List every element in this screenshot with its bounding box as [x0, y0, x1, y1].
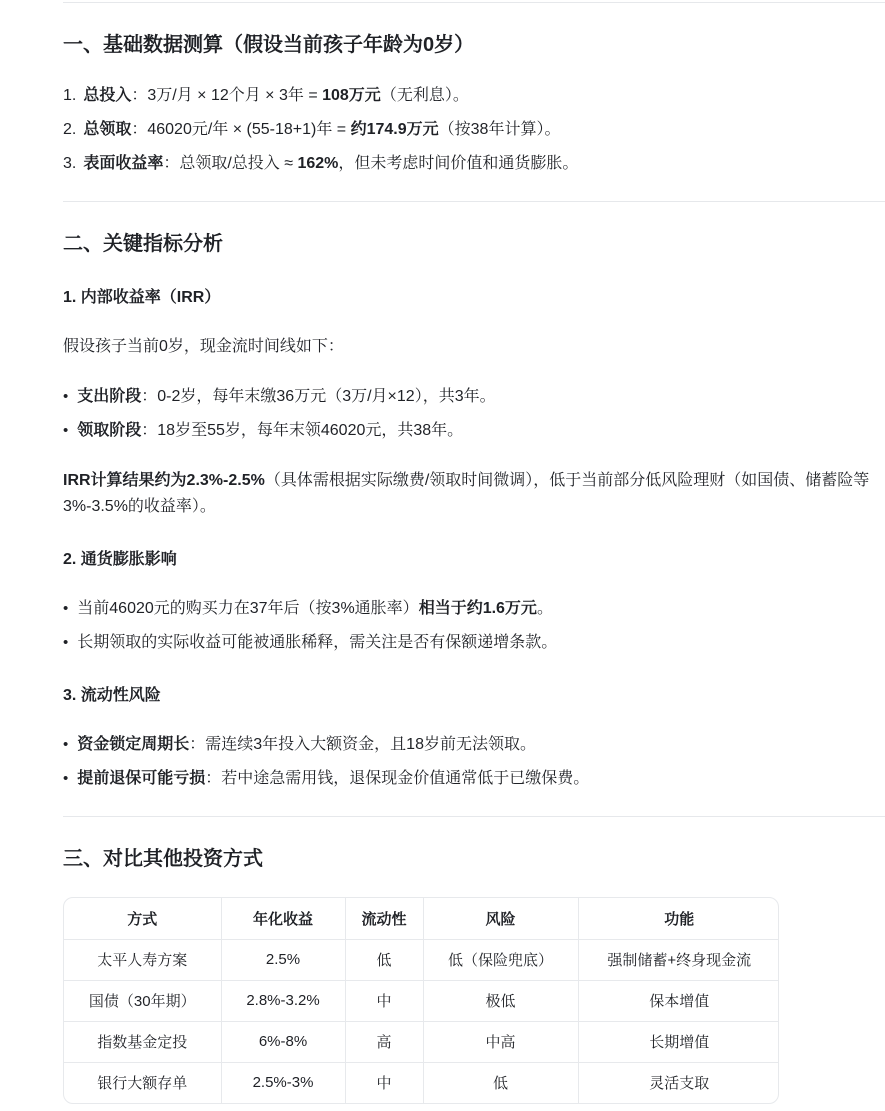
list-item-text: 长期领取的实际收益可能被通胀稀释，需关注是否有保额递增条款。 [77, 630, 557, 656]
list-item-text: 表面收益率：总领取/总投入 ≈ 162%，但未考虑时间价值和通货膨胀。 [83, 151, 578, 177]
section-2-heading: 二、关键指标分析 [63, 230, 876, 258]
comparison-table: 方式年化收益流动性风险功能 太平人寿方案2.5%低低（保险兜底）强制储蓄+终身现… [64, 898, 779, 1103]
table-cell: 中 [345, 1062, 423, 1103]
bullet-marker: • [63, 766, 68, 792]
subsection-irr-heading: 1. 内部收益率（IRR） [63, 286, 876, 310]
table-cell: 强制储蓄+终身现金流 [578, 939, 779, 980]
inflation-bullet-list: • 当前46020元的购买力在37年后（按3%通胀率）相当于约1.6万元。 • … [63, 596, 876, 656]
list-item-text: 资金锁定周期长：需连续3年投入大额资金，且18岁前无法领取。 [77, 732, 536, 758]
list-item: 2. 总领取：46020元/年 × (55-18+1)年 = 约174.9万元（… [63, 117, 876, 143]
irr-conclusion-paragraph: IRR计算结果约为2.3%-2.5%（具体需根据实际缴费/领取时间微调），低于当… [63, 468, 876, 520]
bullet-marker: • [63, 596, 68, 622]
table-cell: 中 [345, 980, 423, 1021]
table-cell: 2.5%-3% [221, 1062, 345, 1103]
list-item: 1. 总投入：3万/月 × 12个月 × 3年 = 108万元（无利息）。 [63, 83, 876, 109]
comparison-table-container: 方式年化收益流动性风险功能 太平人寿方案2.5%低低（保险兜底）强制储蓄+终身现… [63, 897, 779, 1104]
table-cell: 银行大额存单 [64, 1062, 221, 1103]
table-header-cell: 方式 [64, 898, 221, 939]
list-item-number: 3. [63, 151, 76, 177]
table-header-cell: 年化收益 [221, 898, 345, 939]
list-item: • 支出阶段：0-2岁，每年末缴36万元（3万/月×12），共3年。 [63, 384, 876, 410]
bullet-marker: • [63, 732, 68, 758]
table-cell: 极低 [423, 980, 578, 1021]
list-item: • 资金锁定周期长：需连续3年投入大额资金，且18岁前无法领取。 [63, 732, 876, 758]
bullet-marker: • [63, 630, 68, 656]
table-header-cell: 功能 [578, 898, 779, 939]
analysis-document: 一、基础数据测算（假设当前孩子年龄为0岁） 1. 总投入：3万/月 × 12个月… [0, 2, 885, 1104]
table-cell: 低（保险兜底） [423, 939, 578, 980]
table-row: 太平人寿方案2.5%低低（保险兜底）强制储蓄+终身现金流 [64, 939, 779, 980]
bullet-marker: • [63, 384, 68, 410]
table-row: 银行大额存单2.5%-3%中低灵活支取 [64, 1062, 779, 1103]
list-item-number: 1. [63, 83, 76, 109]
table-header-row: 方式年化收益流动性风险功能 [64, 898, 779, 939]
table-cell: 长期增值 [578, 1021, 779, 1062]
liquidity-bullet-list: • 资金锁定周期长：需连续3年投入大额资金，且18岁前无法领取。 • 提前退保可… [63, 732, 876, 792]
list-item-text: 总领取：46020元/年 × (55-18+1)年 = 约174.9万元（按38… [83, 117, 560, 143]
table-row: 指数基金定投6%-8%高中高长期增值 [64, 1021, 779, 1062]
table-cell: 保本增值 [578, 980, 779, 1021]
list-item-text: 当前46020元的购买力在37年后（按3%通胀率）相当于约1.6万元。 [77, 596, 553, 622]
table-cell: 6%-8% [221, 1021, 345, 1062]
table-cell: 低 [423, 1062, 578, 1103]
table-cell: 2.8%-3.2% [221, 980, 345, 1021]
section-divider [63, 201, 885, 202]
list-item: • 提前退保可能亏损：若中途急需用钱，退保现金价值通常低于已缴保费。 [63, 766, 876, 792]
table-cell: 低 [345, 939, 423, 980]
list-item-text: 领取阶段：18岁至55岁，每年末领46020元，共38年。 [77, 418, 463, 444]
list-item-text: 支出阶段：0-2岁，每年末缴36万元（3万/月×12），共3年。 [77, 384, 495, 410]
list-item: • 长期领取的实际收益可能被通胀稀释，需关注是否有保额递增条款。 [63, 630, 876, 656]
table-header-cell: 流动性 [345, 898, 423, 939]
bullet-marker: • [63, 418, 68, 444]
section-divider [63, 2, 885, 3]
section-1-ordered-list: 1. 总投入：3万/月 × 12个月 × 3年 = 108万元（无利息）。 2.… [63, 83, 876, 177]
list-item: • 当前46020元的购买力在37年后（按3%通胀率）相当于约1.6万元。 [63, 596, 876, 622]
list-item: 3. 表面收益率：总领取/总投入 ≈ 162%，但未考虑时间价值和通货膨胀。 [63, 151, 876, 177]
section-1-heading: 一、基础数据测算（假设当前孩子年龄为0岁） [63, 31, 876, 59]
comparison-table-body: 太平人寿方案2.5%低低（保险兜底）强制储蓄+终身现金流国债（30年期）2.8%… [64, 939, 779, 1103]
list-item-text: 总投入：3万/月 × 12个月 × 3年 = 108万元（无利息）。 [83, 83, 468, 109]
table-cell: 2.5% [221, 939, 345, 980]
list-item-text: 提前退保可能亏损：若中途急需用钱，退保现金价值通常低于已缴保费。 [77, 766, 589, 792]
section-divider [63, 816, 885, 817]
table-cell: 中高 [423, 1021, 578, 1062]
table-cell: 高 [345, 1021, 423, 1062]
table-cell: 国债（30年期） [64, 980, 221, 1021]
section-3-heading: 三、对比其他投资方式 [63, 845, 876, 873]
irr-bullet-list: • 支出阶段：0-2岁，每年末缴36万元（3万/月×12），共3年。 • 领取阶… [63, 384, 876, 444]
irr-intro-paragraph: 假设孩子当前0岁，现金流时间线如下： [63, 334, 876, 360]
list-item-number: 2. [63, 117, 76, 143]
list-item: • 领取阶段：18岁至55岁，每年末领46020元，共38年。 [63, 418, 876, 444]
table-cell: 太平人寿方案 [64, 939, 221, 980]
table-header-cell: 风险 [423, 898, 578, 939]
comparison-table-head: 方式年化收益流动性风险功能 [64, 898, 779, 939]
subsection-liquidity-heading: 3. 流动性风险 [63, 684, 876, 708]
table-row: 国债（30年期）2.8%-3.2%中极低保本增值 [64, 980, 779, 1021]
subsection-inflation-heading: 2. 通货膨胀影响 [63, 548, 876, 572]
table-cell: 指数基金定投 [64, 1021, 221, 1062]
table-cell: 灵活支取 [578, 1062, 779, 1103]
